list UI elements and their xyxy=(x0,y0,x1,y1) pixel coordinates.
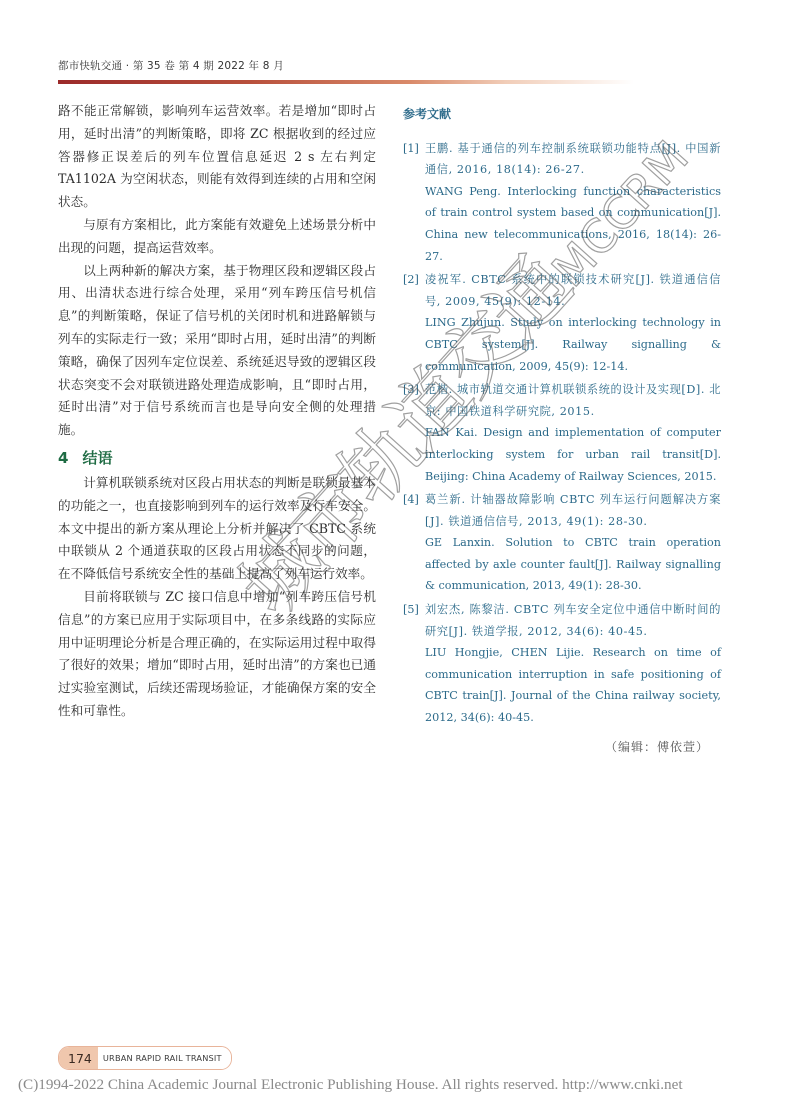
reference-number: [4] xyxy=(403,489,419,511)
reference-number: [3] xyxy=(403,379,419,401)
reference-number: [2] xyxy=(403,269,419,291)
section-heading: 4结语 xyxy=(58,446,376,470)
reference-item: [2] 凌祝军. CBTC 系统中的联锁技术研究[J]. 铁道通信信号, 200… xyxy=(403,269,721,377)
body-paragraph: 以上两种新的解决方案，基于物理区段和逻辑区段占用、出清状态进行综合处理，采用“列… xyxy=(58,260,376,442)
reference-en: LING Zhujun. Study on interlocking techn… xyxy=(425,312,721,377)
reference-en: LIU Hongjie, CHEN Lijie. Research on tim… xyxy=(425,642,721,728)
section-number: 4 xyxy=(58,449,68,467)
reference-en: GE Lanxin. Solution to CBTC train operat… xyxy=(425,532,721,597)
reference-zh: 范楷. 城市轨道交通计算机联锁系统的设计及实现[D]. 北京: 中国铁道科学研究… xyxy=(425,379,721,422)
section-title: 结语 xyxy=(82,449,112,467)
header-rule xyxy=(58,80,698,84)
reference-zh: 刘宏杰, 陈黎洁. CBTC 列车安全定位中通信中断时间的研究[J]. 铁道学报… xyxy=(425,599,721,642)
reference-zh: 葛兰新. 计轴器故障影响 CBTC 列车运行问题解决方案[J]. 铁道通信信号,… xyxy=(425,489,721,532)
reference-en: WANG Peng. Interlocking function charact… xyxy=(425,181,721,267)
reference-item: [1] 王鹏. 基于通信的列车控制系统联锁功能特点[J]. 中国新通信, 201… xyxy=(403,138,721,268)
copyright-notice: (C)1994-2022 China Academic Journal Elec… xyxy=(18,1076,683,1094)
reference-item: [5] 刘宏杰, 陈黎洁. CBTC 列车安全定位中通信中断时间的研究[J]. … xyxy=(403,599,721,729)
page-number-tab: 174 URBAN RAPID RAIL TRANSIT xyxy=(58,1046,232,1070)
page-number: 174 xyxy=(59,1047,98,1069)
reference-item: [3] 范楷. 城市轨道交通计算机联锁系统的设计及实现[D]. 北京: 中国铁道… xyxy=(403,379,721,487)
left-column: 路不能正常解锁，影响列车运营效率。若是增加“即时占用，延时出清”的判断策略，即将… xyxy=(58,100,376,723)
references-title: 参考文献 xyxy=(403,104,721,126)
running-head: 都市快轨交通 · 第 35 卷 第 4 期 2022 年 8 月 xyxy=(58,58,284,73)
references-column: 参考文献 [1] 王鹏. 基于通信的列车控制系统联锁功能特点[J]. 中国新通信… xyxy=(403,104,721,758)
body-paragraph: 目前将联锁与 ZC 接口信息中增加“列车跨压信号机信息”的方案已应用于实际项目中… xyxy=(58,586,376,723)
reference-number: [5] xyxy=(403,599,419,621)
reference-zh: 王鹏. 基于通信的列车控制系统联锁功能特点[J]. 中国新通信, 2016, 1… xyxy=(425,138,721,181)
body-paragraph: 计算机联锁系统对区段占用状态的判断是联锁最基本的功能之一，也直接影响到列车的运行… xyxy=(58,472,376,586)
reference-en: FAN Kai. Design and implementation of co… xyxy=(425,422,721,487)
reference-zh: 凌祝军. CBTC 系统中的联锁技术研究[J]. 铁道通信信号, 2009, 4… xyxy=(425,269,721,312)
reference-item: [4] 葛兰新. 计轴器故障影响 CBTC 列车运行问题解决方案[J]. 铁道通… xyxy=(403,489,721,597)
journal-name: URBAN RAPID RAIL TRANSIT xyxy=(98,1047,231,1069)
body-paragraph: 路不能正常解锁，影响列车运营效率。若是增加“即时占用，延时出清”的判断策略，即将… xyxy=(58,100,376,214)
body-paragraph: 与原有方案相比，此方案能有效避免上述场景分析中出现的问题，提高运营效率。 xyxy=(58,214,376,260)
reference-number: [1] xyxy=(403,138,419,160)
editor-credit: （编辑：傅依萱） xyxy=(403,737,721,759)
